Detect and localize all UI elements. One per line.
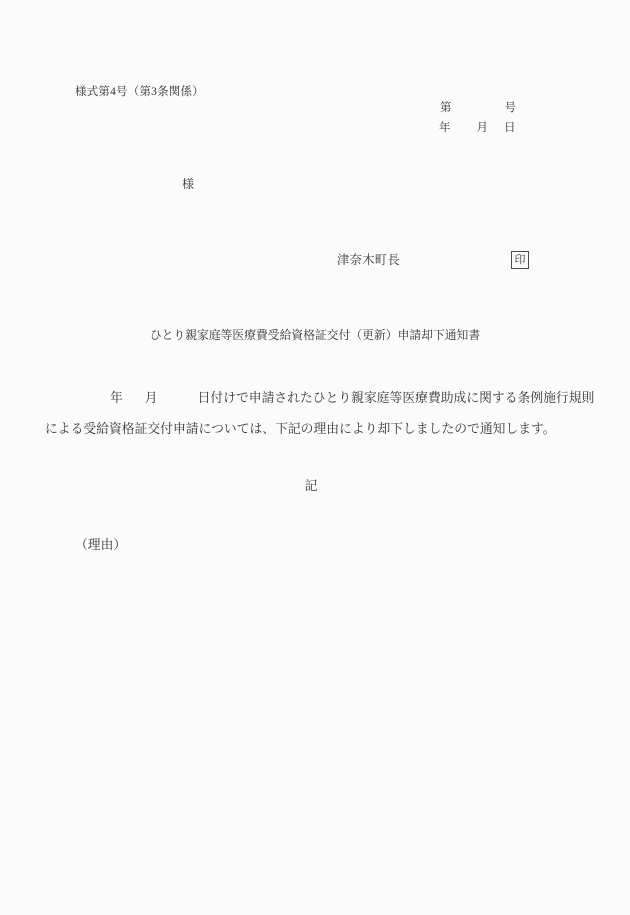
doc-number-prefix: 第 — [440, 102, 452, 114]
reason-label: （理由） — [75, 538, 126, 553]
addressee-honorific: 様 — [182, 178, 194, 192]
date-line: 年月日 — [439, 122, 516, 135]
record-heading: 記 — [0, 479, 622, 494]
body-line-1-text: 日付けで申請されたひとり親家庭等医療費助成に関する条例施行規則 — [198, 391, 595, 405]
doc-number-line: 第号 — [440, 102, 516, 115]
body-year-label: 年 — [110, 391, 123, 405]
doc-number-suffix: 号 — [505, 102, 517, 114]
seal-mark: 印 — [511, 251, 529, 269]
body-month-label: 月 — [145, 391, 158, 405]
date-month-label: 月 — [477, 122, 489, 134]
date-day-label: 日 — [504, 122, 516, 134]
document-title: ひとり親家庭等医療費受給資格証交付（更新）申請却下通知書 — [0, 329, 630, 343]
sender-title: 津奈木町長 — [337, 253, 400, 267]
document-page: 様式第4号（第3条関係） 第号 年月日 様 津奈木町長 印 ひとり親家庭等医療費… — [0, 0, 630, 915]
form-number: 様式第4号（第3条関係） — [75, 86, 204, 99]
body-line-2: による受給資格証交付申請については、下記の理由により却下しましたので通知します。 — [45, 422, 556, 437]
date-year-label: 年 — [439, 122, 451, 134]
body-line-1: 年月日付けで申請されたひとり親家庭等医療費助成に関する条例施行規則 — [45, 391, 594, 406]
